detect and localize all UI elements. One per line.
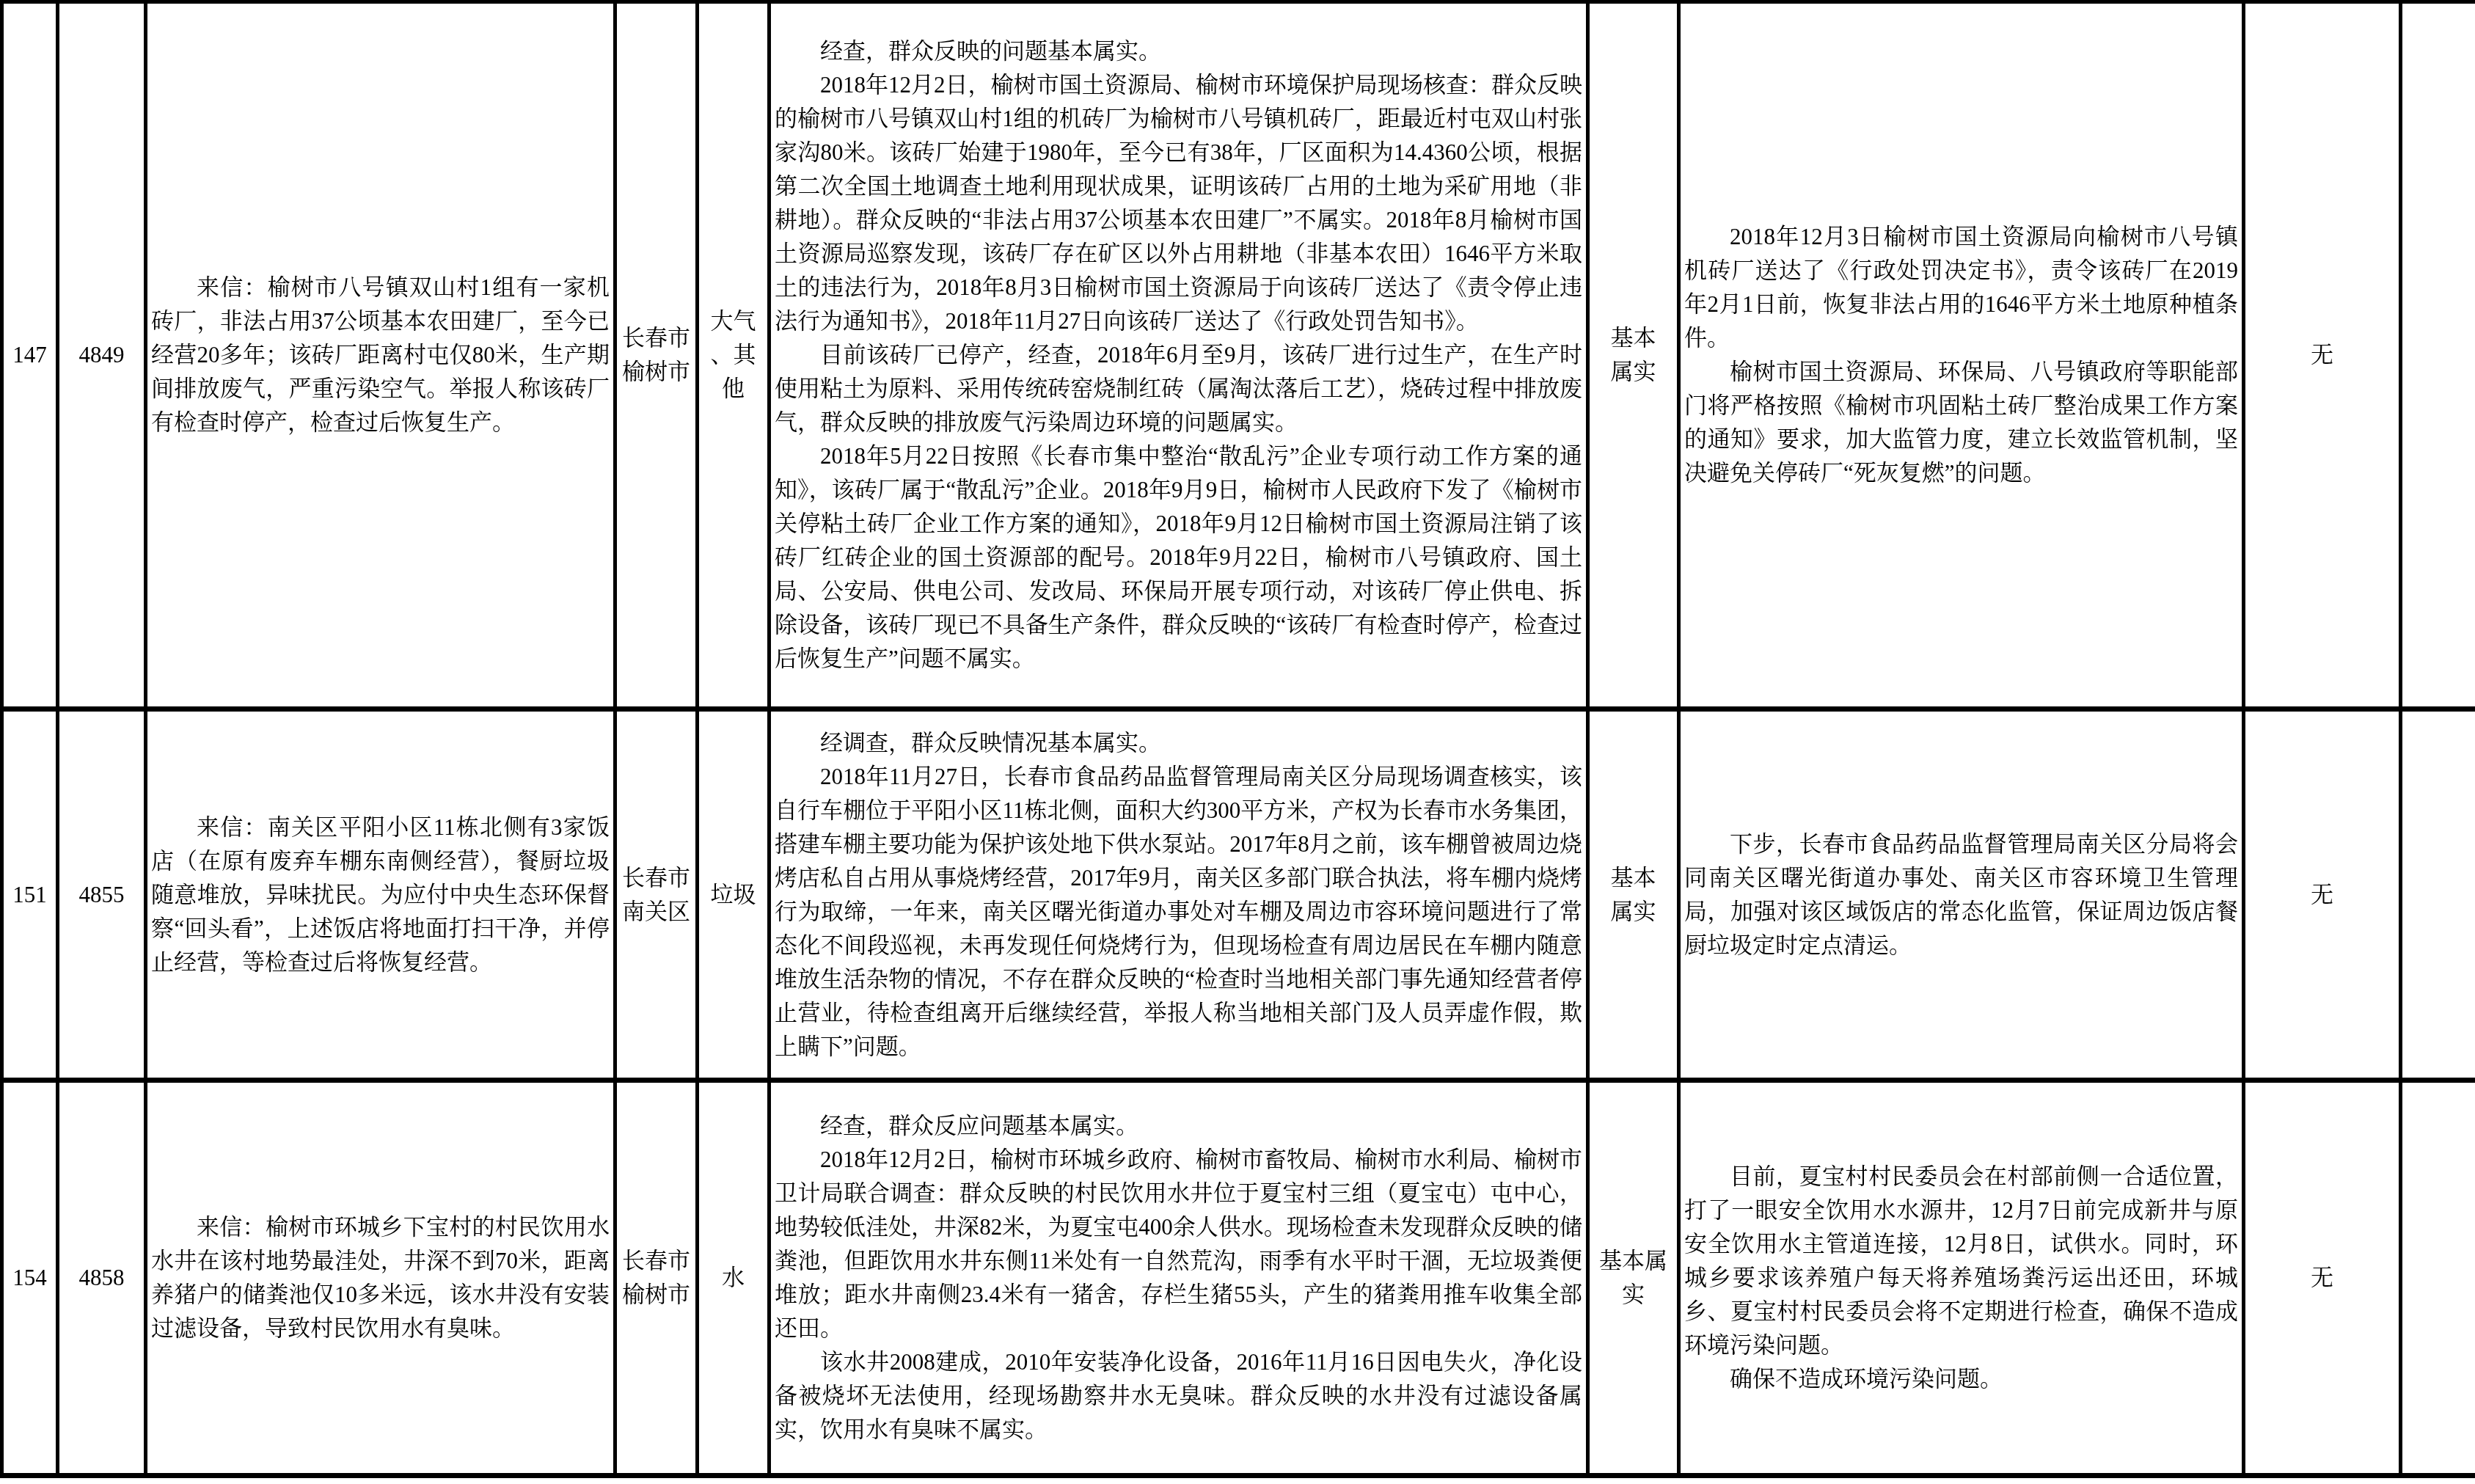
complaint-handling-table: 147 4849 来信：榆树市八号镇双山村1组有一家机砖厂，非法占用37公顷基本… [0,0,2475,1478]
table-row: 147 4849 来信：榆树市八号镇双山村1组有一家机砖厂，非法占用37公顷基本… [2,2,2475,709]
table-row: 151 4855 来信：南关区平阳小区11栋北侧有3家饭店（在原有废弃车棚东南侧… [2,709,2475,1081]
case-number: 4849 [58,2,146,709]
empty-cell [2401,1081,2475,1476]
empty-cell [2401,2,2475,709]
row-index: 154 [2,1081,58,1476]
category-cell: 垃圾 [698,709,769,1081]
row-index: 151 [2,709,58,1081]
verified-cell: 基本属 实 [1588,1081,1679,1476]
measures-cell: 目前，夏宝村村民委员会在村部前侧一合适位置，打了一眼安全饮用水水源井，12月7日… [1679,1081,2244,1476]
region-cell: 长春市 南关区 [615,709,698,1081]
category-cell: 水 [698,1081,769,1476]
category-cell: 大气、其他 [698,2,769,709]
case-number: 4858 [58,1081,146,1476]
accountability-cell: 无 [2244,709,2401,1081]
verified-cell: 基本 属实 [1588,709,1679,1081]
measures-cell: 2018年12月3日榆树市国土资源局向榆树市八号镇机砖厂送达了《行政处罚决定书》… [1679,2,2244,709]
complaint-cell: 来信：南关区平阳小区11栋北侧有3家饭店（在原有废弃车棚东南侧经营），餐厨垃圾随… [146,709,615,1081]
region-cell: 长春市 榆树市 [615,1081,698,1476]
accountability-cell: 无 [2244,1081,2401,1476]
measures-cell: 下步，长春市食品药品监督管理局南关区分局将会同南关区曙光街道办事处、南关区市容环… [1679,709,2244,1081]
empty-cell [2401,709,2475,1081]
investigation-cell: 经调查，群众反映情况基本属实。2018年11月27日，长春市食品药品监督管理局南… [769,709,1588,1081]
investigation-cell: 经查，群众反应问题基本属实。2018年12月2日，榆树市环城乡政府、榆树市畜牧局… [769,1081,1588,1476]
row-index: 147 [2,2,58,709]
table-row: 154 4858 来信：榆树市环城乡下宝村的村民饮用水水井在该村地势最洼处，井深… [2,1081,2475,1476]
investigation-cell: 经查，群众反映的问题基本属实。2018年12月2日，榆树市国土资源局、榆树市环境… [769,2,1588,709]
case-number: 4855 [58,709,146,1081]
complaint-cell: 来信：榆树市八号镇双山村1组有一家机砖厂，非法占用37公顷基本农田建厂，至今已经… [146,2,615,709]
complaint-cell: 来信：榆树市环城乡下宝村的村民饮用水水井在该村地势最洼处，井深不到70米，距离养… [146,1081,615,1476]
region-cell: 长春市 榆树市 [615,2,698,709]
accountability-cell: 无 [2244,2,2401,709]
verified-cell: 基本 属实 [1588,2,1679,709]
